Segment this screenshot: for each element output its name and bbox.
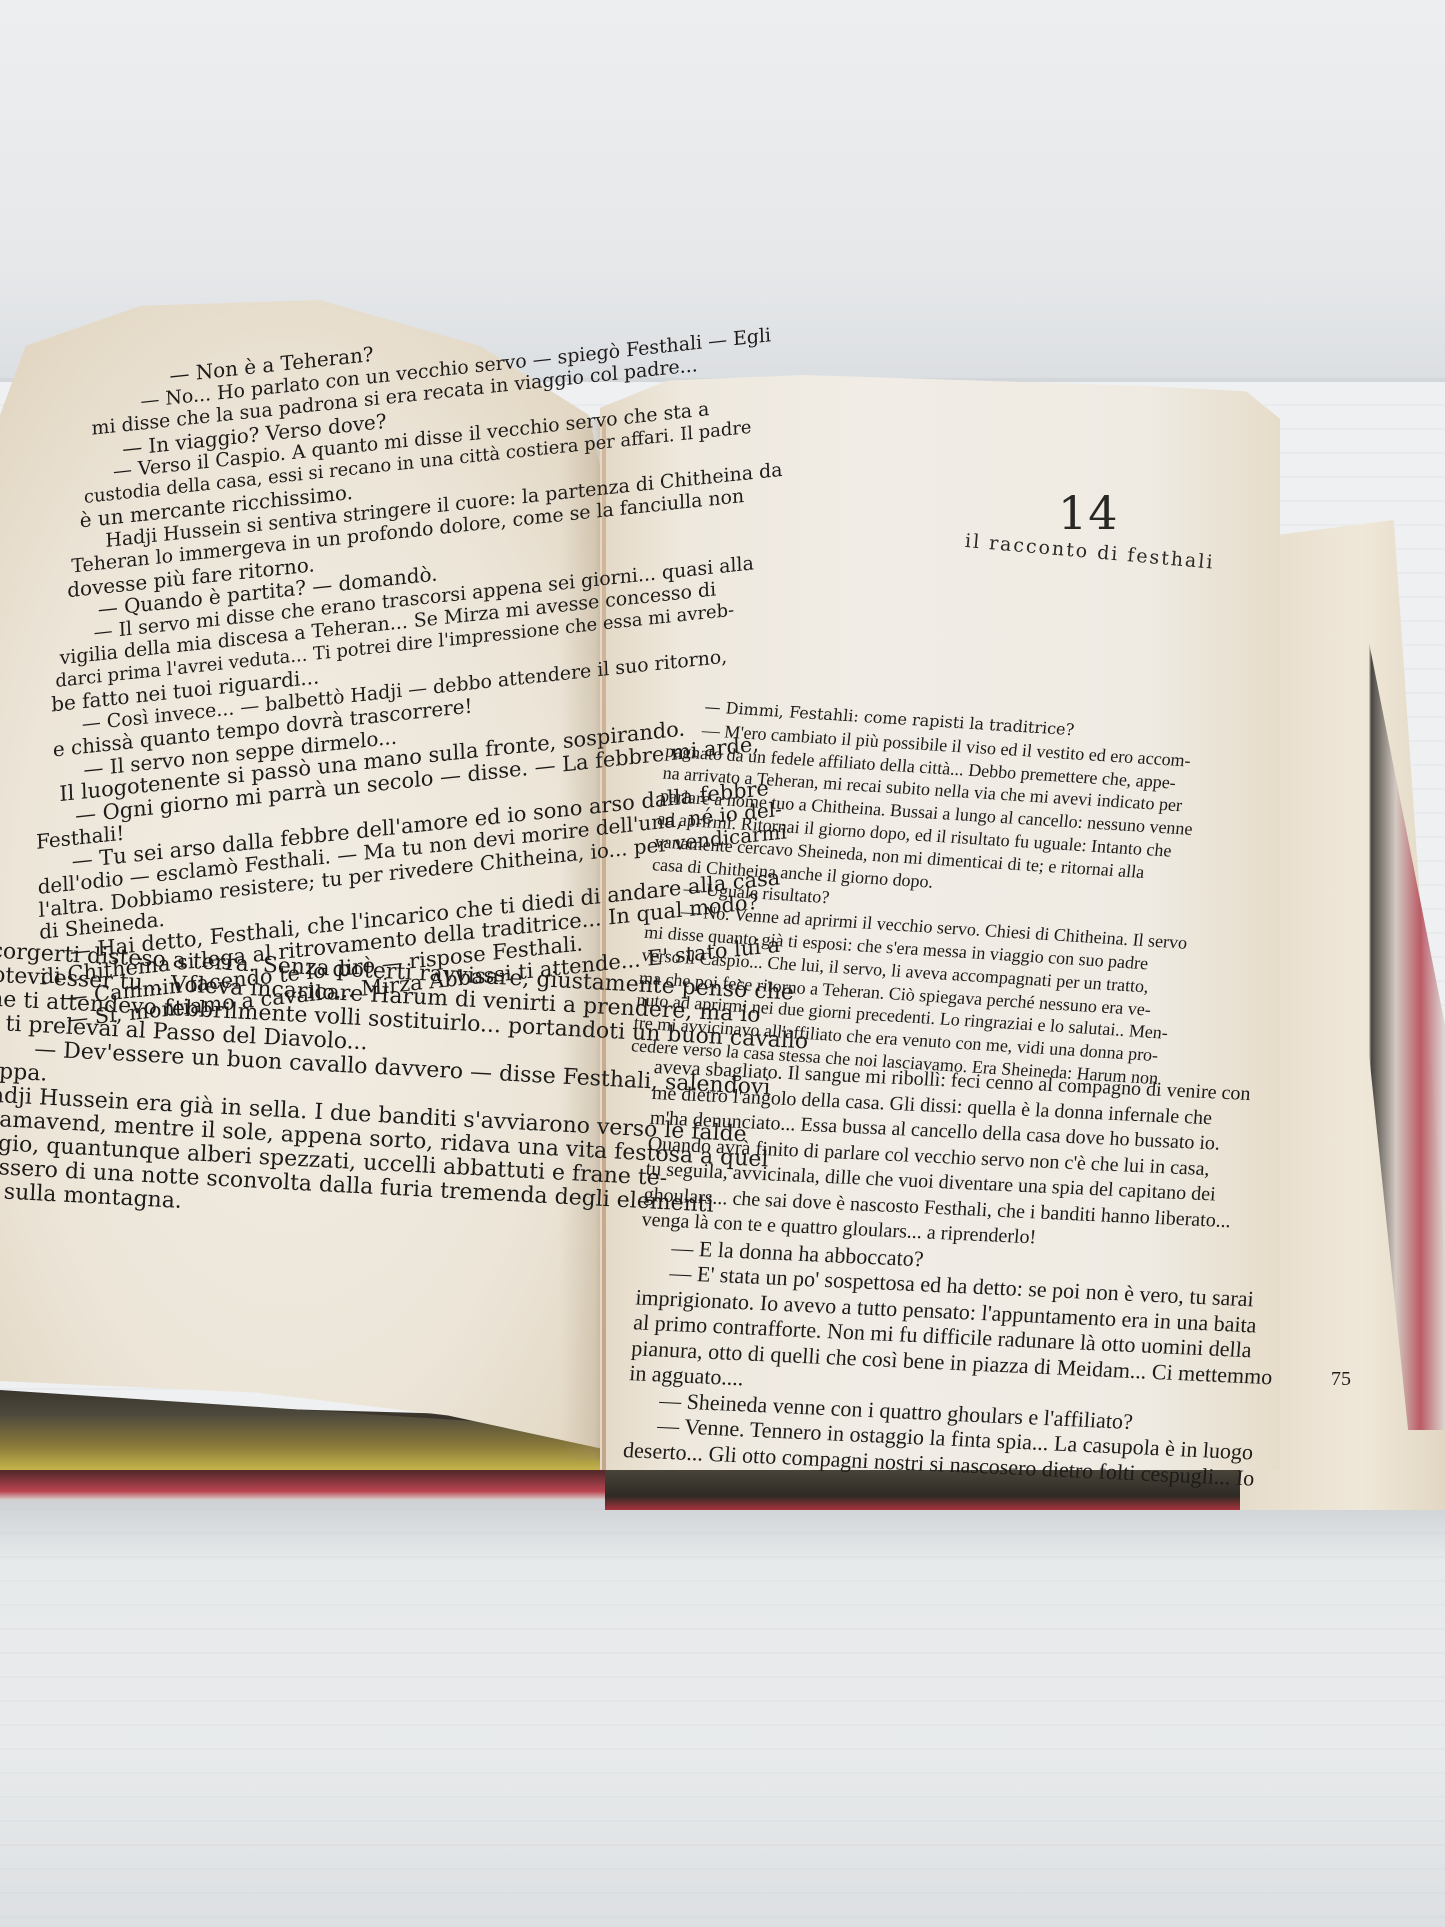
left-page-text: — Non è a Teheran? — No... Ho parlato co… (20, 315, 659, 1034)
page-number: 75 (1331, 1368, 1351, 1391)
book-shadow (0, 1470, 1445, 1927)
right-page-text-lower: aveva sbagliato. Il sangue mi ribollì: f… (622, 1055, 1334, 1493)
right-page-text: — Dimmi, Festahli: come rapisti la tradi… (630, 694, 1331, 1098)
left-page-text-lower: scorgerti disteso a terra. Senza poterti… (0, 940, 639, 1237)
chapter-number: 14 (1058, 486, 1119, 540)
